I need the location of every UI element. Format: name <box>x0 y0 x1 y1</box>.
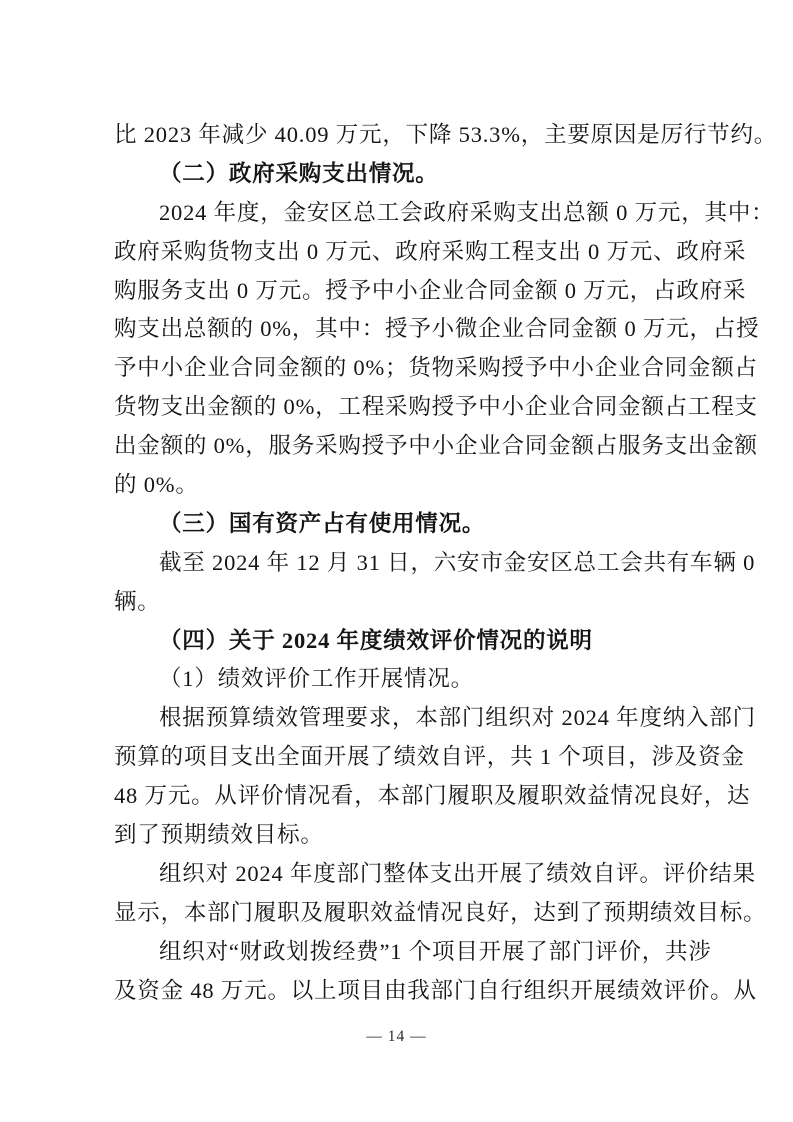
text-line: 到了预期绩效目标。 <box>114 816 697 855</box>
text-line: 48 万元。从评价情况看，本部门履职及履职效益情况良好，达 <box>114 777 697 816</box>
text-line: 予中小企业合同金额的 0%；货物采购授予中小企业合同金额占 <box>114 349 697 388</box>
subsection-heading-1: （1）绩效评价工作开展情况。 <box>114 660 697 699</box>
text-line: 预算的项目支出全面开展了绩效自评，共 1 个项目，涉及资金 <box>114 738 697 777</box>
section-heading-2: （二）政府采购支出情况。 <box>114 155 697 194</box>
text-line: 及资金 48 万元。以上项目由我部门自行组织开展绩效评价。从 <box>114 972 697 1011</box>
text-line: 组织对 2024 年度部门整体支出开展了绩效自评。评价结果 <box>114 855 697 894</box>
page-number: — 14 — <box>0 1024 793 1050</box>
text-line: 截至 2024 年 12 月 31 日，六安市金安区总工会共有车辆 0 <box>114 544 697 583</box>
section-heading-3: （三）国有资产占有使用情况。 <box>114 505 697 544</box>
text-line: 购支出总额的 0%，其中：授予小微企业合同金额 0 万元，占授 <box>114 310 697 349</box>
text-line: 购服务支出 0 万元。授予中小企业合同金额 0 万元，占政府采 <box>114 272 697 311</box>
text-line: 的 0%。 <box>114 466 697 505</box>
text-line: 政府采购货物支出 0 万元、政府采购工程支出 0 万元、政府采 <box>114 233 697 272</box>
text-line: 货物支出金额的 0%，工程采购授予中小企业合同金额占工程支 <box>114 388 697 427</box>
text-line: 显示，本部门履职及履职效益情况良好，达到了预期绩效目标。 <box>114 894 697 933</box>
document-page: 比 2023 年减少 40.09 万元，下降 53.3%，主要原因是厉行节约。 … <box>0 0 793 1122</box>
text-line: 辆。 <box>114 583 697 622</box>
text-line: 出金额的 0%，服务采购授予中小企业合同金额占服务支出金额 <box>114 427 697 466</box>
document-body: 比 2023 年减少 40.09 万元，下降 53.3%，主要原因是厉行节约。 … <box>114 116 697 1010</box>
section-heading-4: （四）关于 2024 年度绩效评价情况的说明 <box>114 622 697 661</box>
text-line: 组织对“财政划拨经费”1 个项目开展了部门评价，共涉 <box>114 933 697 972</box>
text-line: 2024 年度，金安区总工会政府采购支出总额 0 万元，其中： <box>114 194 697 233</box>
text-line: 比 2023 年减少 40.09 万元，下降 53.3%，主要原因是厉行节约。 <box>114 116 697 155</box>
text-line: 根据预算绩效管理要求，本部门组织对 2024 年度纳入部门 <box>114 699 697 738</box>
